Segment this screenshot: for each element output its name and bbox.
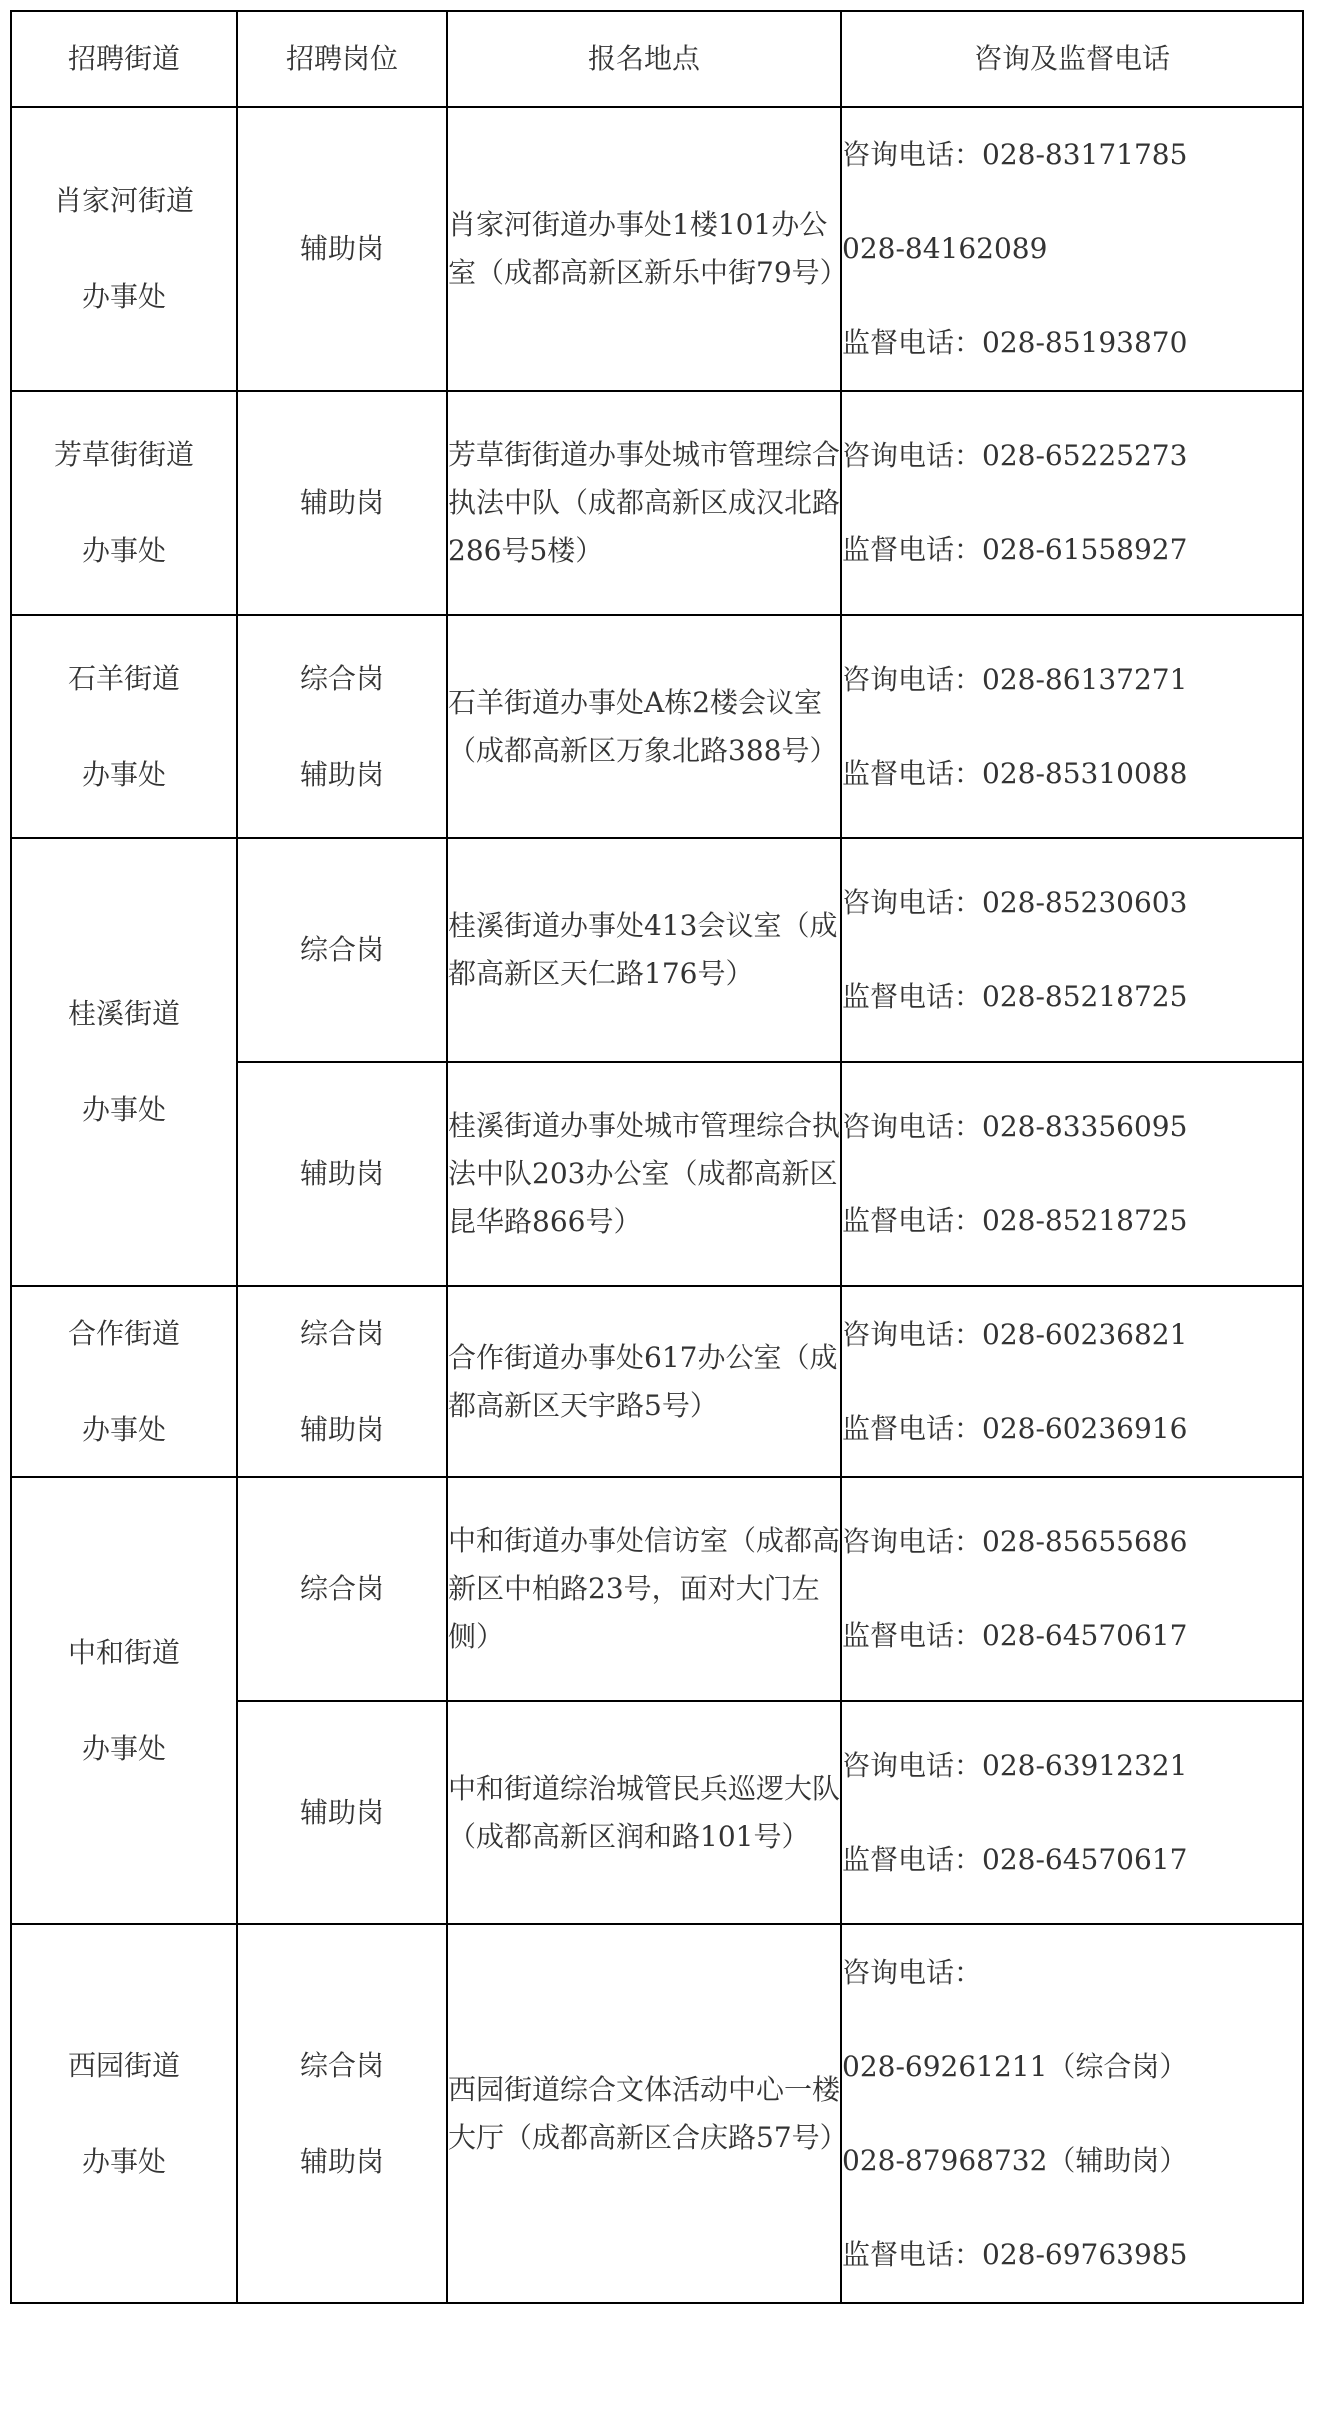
post-cell: 辅助岗 [237,107,447,391]
street-cell: 桂溪街道 办事处 [11,838,237,1286]
header-street: 招聘街道 [11,11,237,107]
table-row: 合作街道 办事处 综合岗 辅助岗 合作街道办事处617办公室（成都高新区天宇路5… [11,1286,1303,1477]
post-label: 综合岗 [238,1310,446,1358]
street-office: 办事处 [12,751,236,799]
post-label: 综合岗 [238,655,446,703]
phones-cell: 咨询电话：028-83171785 028-84162089 监督电话：028-… [841,107,1303,391]
post-cell: 综合岗 辅助岗 [237,615,447,838]
address-cell: 石羊街道办事处A栋2楼会议室（成都高新区万象北路388号） [447,615,841,838]
consult-phone-2: 028-84162089 [842,225,1302,273]
header-address: 报名地点 [447,11,841,107]
supervise-phone: 监督电话：028-85218725 [842,1197,1302,1245]
address-cell: 合作街道办事处617办公室（成都高新区天宇路5号） [447,1286,841,1477]
supervise-phone: 监督电话：028-85310088 [842,750,1302,798]
street-office: 办事处 [12,273,236,321]
post-cell: 辅助岗 [237,391,447,615]
street-office: 办事处 [12,1725,236,1773]
street-name: 西园街道 [12,2042,236,2090]
street-office: 办事处 [12,527,236,575]
post-label: 综合岗 [238,926,446,974]
consult-phone-auxiliary: 028-87968732（辅助岗） [842,2137,1302,2185]
phones-cell: 咨询电话：028-85655686 监督电话：028-64570617 [841,1477,1303,1701]
table-row: 西园街道 办事处 综合岗 辅助岗 西园街道综合文体活动中心一楼大厅（成都高新区合… [11,1924,1303,2303]
post-cell: 辅助岗 [237,1062,447,1286]
street-name: 桂溪街道 [12,990,236,1038]
post-label: 辅助岗 [238,479,446,527]
phones-cell: 咨询电话：028-60236821 监督电话：028-60236916 [841,1286,1303,1477]
phones-cell: 咨询电话：028-65225273 监督电话：028-61558927 [841,391,1303,615]
street-cell: 石羊街道 办事处 [11,615,237,838]
post-cell: 综合岗 辅助岗 [237,1286,447,1477]
supervise-phone: 监督电话：028-64570617 [842,1836,1302,1884]
table-row: 桂溪街道 办事处 综合岗 桂溪街道办事处413会议室（成都高新区天仁路176号）… [11,838,1303,1062]
address-cell: 桂溪街道办事处413会议室（成都高新区天仁路176号） [447,838,841,1062]
supervise-phone: 监督电话：028-85218725 [842,973,1302,1021]
post-cell: 综合岗 [237,1477,447,1701]
phones-cell: 咨询电话：028-83356095 监督电话：028-85218725 [841,1062,1303,1286]
table-row: 芳草街街道 办事处 辅助岗 芳草街街道办事处城市管理综合执法中队（成都高新区成汉… [11,391,1303,615]
street-cell: 合作街道 办事处 [11,1286,237,1477]
post-cell: 综合岗 [237,838,447,1062]
address-cell: 中和街道办事处信访室（成都高新区中柏路23号，面对大门左侧） [447,1477,841,1701]
street-name: 肖家河街道 [12,177,236,225]
post-label: 辅助岗 [238,751,446,799]
street-name: 中和街道 [12,1629,236,1677]
supervise-phone: 监督电话：028-69763985 [842,2231,1302,2279]
street-cell: 芳草街街道 办事处 [11,391,237,615]
consult-phone: 咨询电话：028-86137271 [842,656,1302,704]
phones-cell: 咨询电话：028-86137271 监督电话：028-85310088 [841,615,1303,838]
table-row: 肖家河街道 办事处 辅助岗 肖家河街道办事处1楼101办公室（成都高新区新乐中街… [11,107,1303,391]
consult-phone: 咨询电话：028-85230603 [842,879,1302,927]
post-label: 辅助岗 [238,1406,446,1454]
post-label: 综合岗 [238,2042,446,2090]
supervise-phone: 监督电话：028-85193870 [842,319,1302,367]
street-office: 办事处 [12,1406,236,1454]
supervise-phone: 监督电话：028-61558927 [842,526,1302,574]
supervise-phone: 监督电话：028-60236916 [842,1405,1302,1453]
consult-phone: 咨询电话：028-63912321 [842,1742,1302,1790]
post-cell: 辅助岗 [237,1701,447,1924]
phones-cell: 咨询电话：028-85230603 监督电话：028-85218725 [841,838,1303,1062]
address-cell: 桂溪街道办事处城市管理综合执法中队203办公室（成都高新区昆华路866号） [447,1062,841,1286]
phones-cell: 咨询电话：028-63912321 监督电话：028-64570617 [841,1701,1303,1924]
table-row: 石羊街道 办事处 综合岗 辅助岗 石羊街道办事处A栋2楼会议室（成都高新区万象北… [11,615,1303,838]
address-cell: 中和街道综治城管民兵巡逻大队（成都高新区润和路101号） [447,1701,841,1924]
consult-phone: 咨询电话：028-60236821 [842,1311,1302,1359]
street-office: 办事处 [12,2138,236,2186]
street-office: 办事处 [12,1086,236,1134]
consult-phone: 咨询电话：028-65225273 [842,432,1302,480]
post-label: 辅助岗 [238,1789,446,1837]
street-name: 合作街道 [12,1310,236,1358]
address-cell: 肖家河街道办事处1楼101办公室（成都高新区新乐中街79号） [447,107,841,391]
phones-cell: 咨询电话： 028-69261211（综合岗） 028-87968732（辅助岗… [841,1924,1303,2303]
address-cell: 西园街道综合文体活动中心一楼大厅（成都高新区合庆路57号） [447,1924,841,2303]
consult-phone: 咨询电话：028-83356095 [842,1103,1302,1151]
street-name: 芳草街街道 [12,431,236,479]
post-cell: 综合岗 辅助岗 [237,1924,447,2303]
street-cell: 中和街道 办事处 [11,1477,237,1924]
consult-phone-label: 咨询电话： [842,1949,1302,1997]
consult-phone: 咨询电话：028-85655686 [842,1518,1302,1566]
table-row: 中和街道 办事处 综合岗 中和街道办事处信访室（成都高新区中柏路23号，面对大门… [11,1477,1303,1701]
post-label: 综合岗 [238,1565,446,1613]
address-cell: 芳草街街道办事处城市管理综合执法中队（成都高新区成汉北路286号5楼） [447,391,841,615]
consult-phone-general: 028-69261211（综合岗） [842,2043,1302,2091]
supervise-phone: 监督电话：028-64570617 [842,1612,1302,1660]
header-phones: 咨询及监督电话 [841,11,1303,107]
street-name: 石羊街道 [12,655,236,703]
post-label: 辅助岗 [238,225,446,273]
street-cell: 肖家河街道 办事处 [11,107,237,391]
header-post: 招聘岗位 [237,11,447,107]
consult-phone: 咨询电话：028-83171785 [842,131,1302,179]
header-row: 招聘街道 招聘岗位 报名地点 咨询及监督电话 [11,11,1303,107]
post-label: 辅助岗 [238,2138,446,2186]
recruitment-table: 招聘街道 招聘岗位 报名地点 咨询及监督电话 肖家河街道 办事处 辅助岗 肖家河… [10,10,1304,2304]
street-cell: 西园街道 办事处 [11,1924,237,2303]
post-label: 辅助岗 [238,1150,446,1198]
